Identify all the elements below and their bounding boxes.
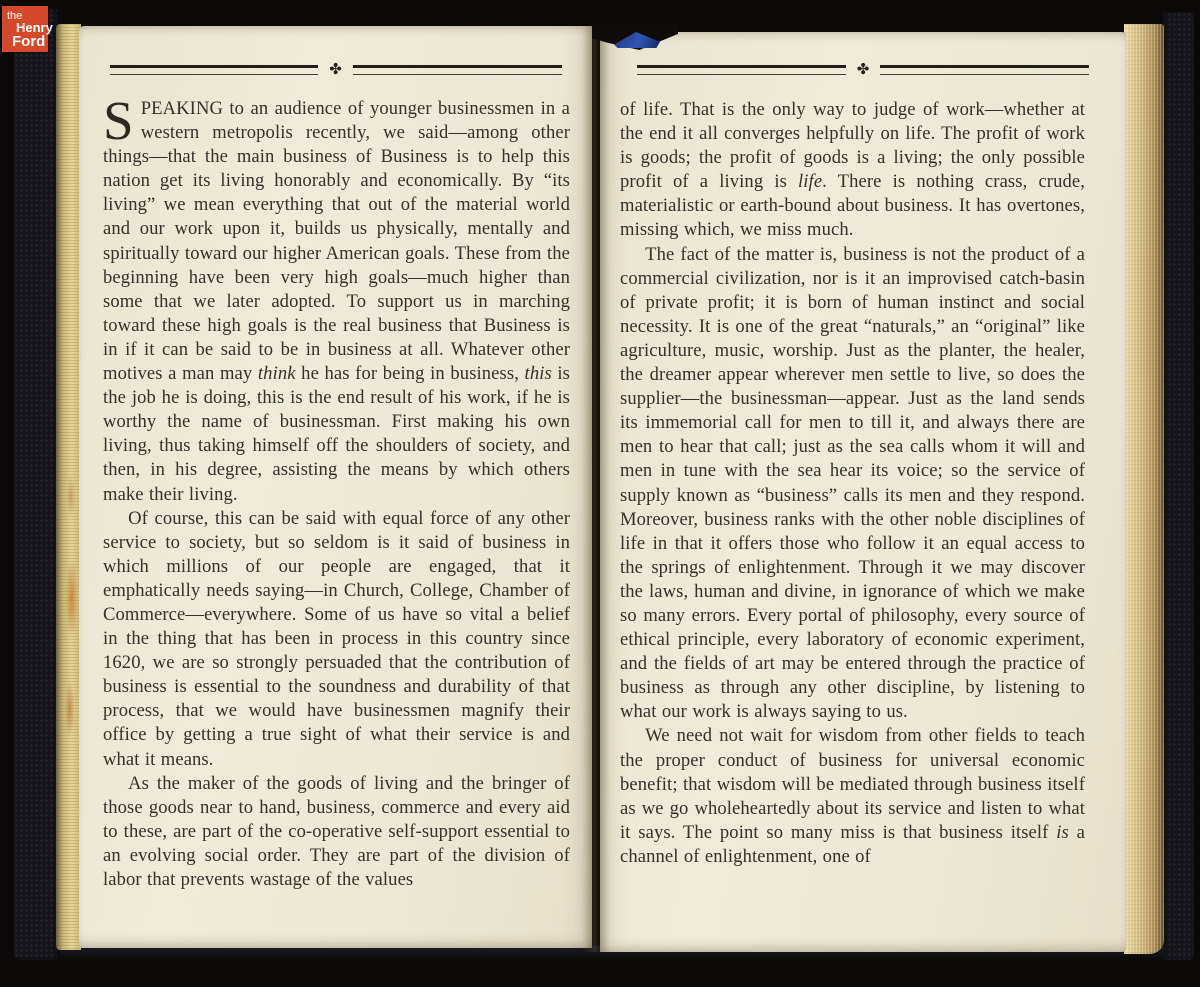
italic-text: is: [1056, 822, 1069, 843]
book-cover-left-edge: [14, 8, 60, 960]
henry-ford-logo: the Henry Ford: [2, 6, 48, 52]
paragraph: Of course, this can be said with equal f…: [103, 507, 570, 772]
paragraph: We need not wait for wisdom from other f…: [620, 724, 1085, 869]
rule-line: [880, 65, 1089, 75]
book-cover-right-edge: [1162, 12, 1194, 960]
dropcap-letter: S: [103, 97, 141, 142]
body-text: Of course, this can be said with equal f…: [103, 508, 570, 770]
left-page-text: SPEAKING to an audience of younger busin…: [103, 97, 570, 892]
logo-text-ford: Ford: [12, 33, 45, 50]
rule-line: [637, 65, 846, 75]
italic-text: this: [525, 363, 552, 384]
rule-line: [110, 65, 319, 75]
book-photograph: ✤ SPEAKING to an audience of younger bus…: [0, 0, 1200, 987]
body-text: We need not wait for wisdom from other f…: [620, 725, 1085, 842]
header-rule-right: ✤: [637, 65, 1089, 75]
floral-ornament-icon: ✤: [329, 64, 342, 74]
body-text: The fact of the matter is, business is n…: [620, 244, 1085, 723]
right-page-text: of life. That is the only way to judge o…: [620, 98, 1085, 869]
page-stack-edge-left: [56, 24, 81, 950]
rule-line: [353, 65, 562, 75]
right-page: ✤ of life. That is the only way to judge…: [600, 32, 1126, 952]
paragraph: The fact of the matter is, business is n…: [620, 243, 1085, 725]
body-text: PEAKING to an audience of younger busine…: [103, 98, 570, 384]
page-stack-edge-right: [1124, 24, 1164, 954]
body-text: he has for being in business,: [296, 363, 525, 384]
paragraph: As the maker of the goods of living and …: [103, 772, 570, 892]
italic-text: think: [258, 363, 296, 384]
italic-text: life: [798, 171, 822, 192]
header-rule-left: ✤: [110, 65, 562, 75]
paragraph: of life. That is the only way to judge o…: [620, 98, 1085, 243]
body-text: is the job he is doing, this is the end …: [103, 363, 570, 504]
body-text: As the maker of the goods of living and …: [103, 773, 570, 890]
left-page: ✤ SPEAKING to an audience of younger bus…: [79, 26, 592, 948]
paragraph: SPEAKING to an audience of younger busin…: [103, 97, 570, 507]
floral-ornament-icon: ✤: [857, 64, 870, 74]
